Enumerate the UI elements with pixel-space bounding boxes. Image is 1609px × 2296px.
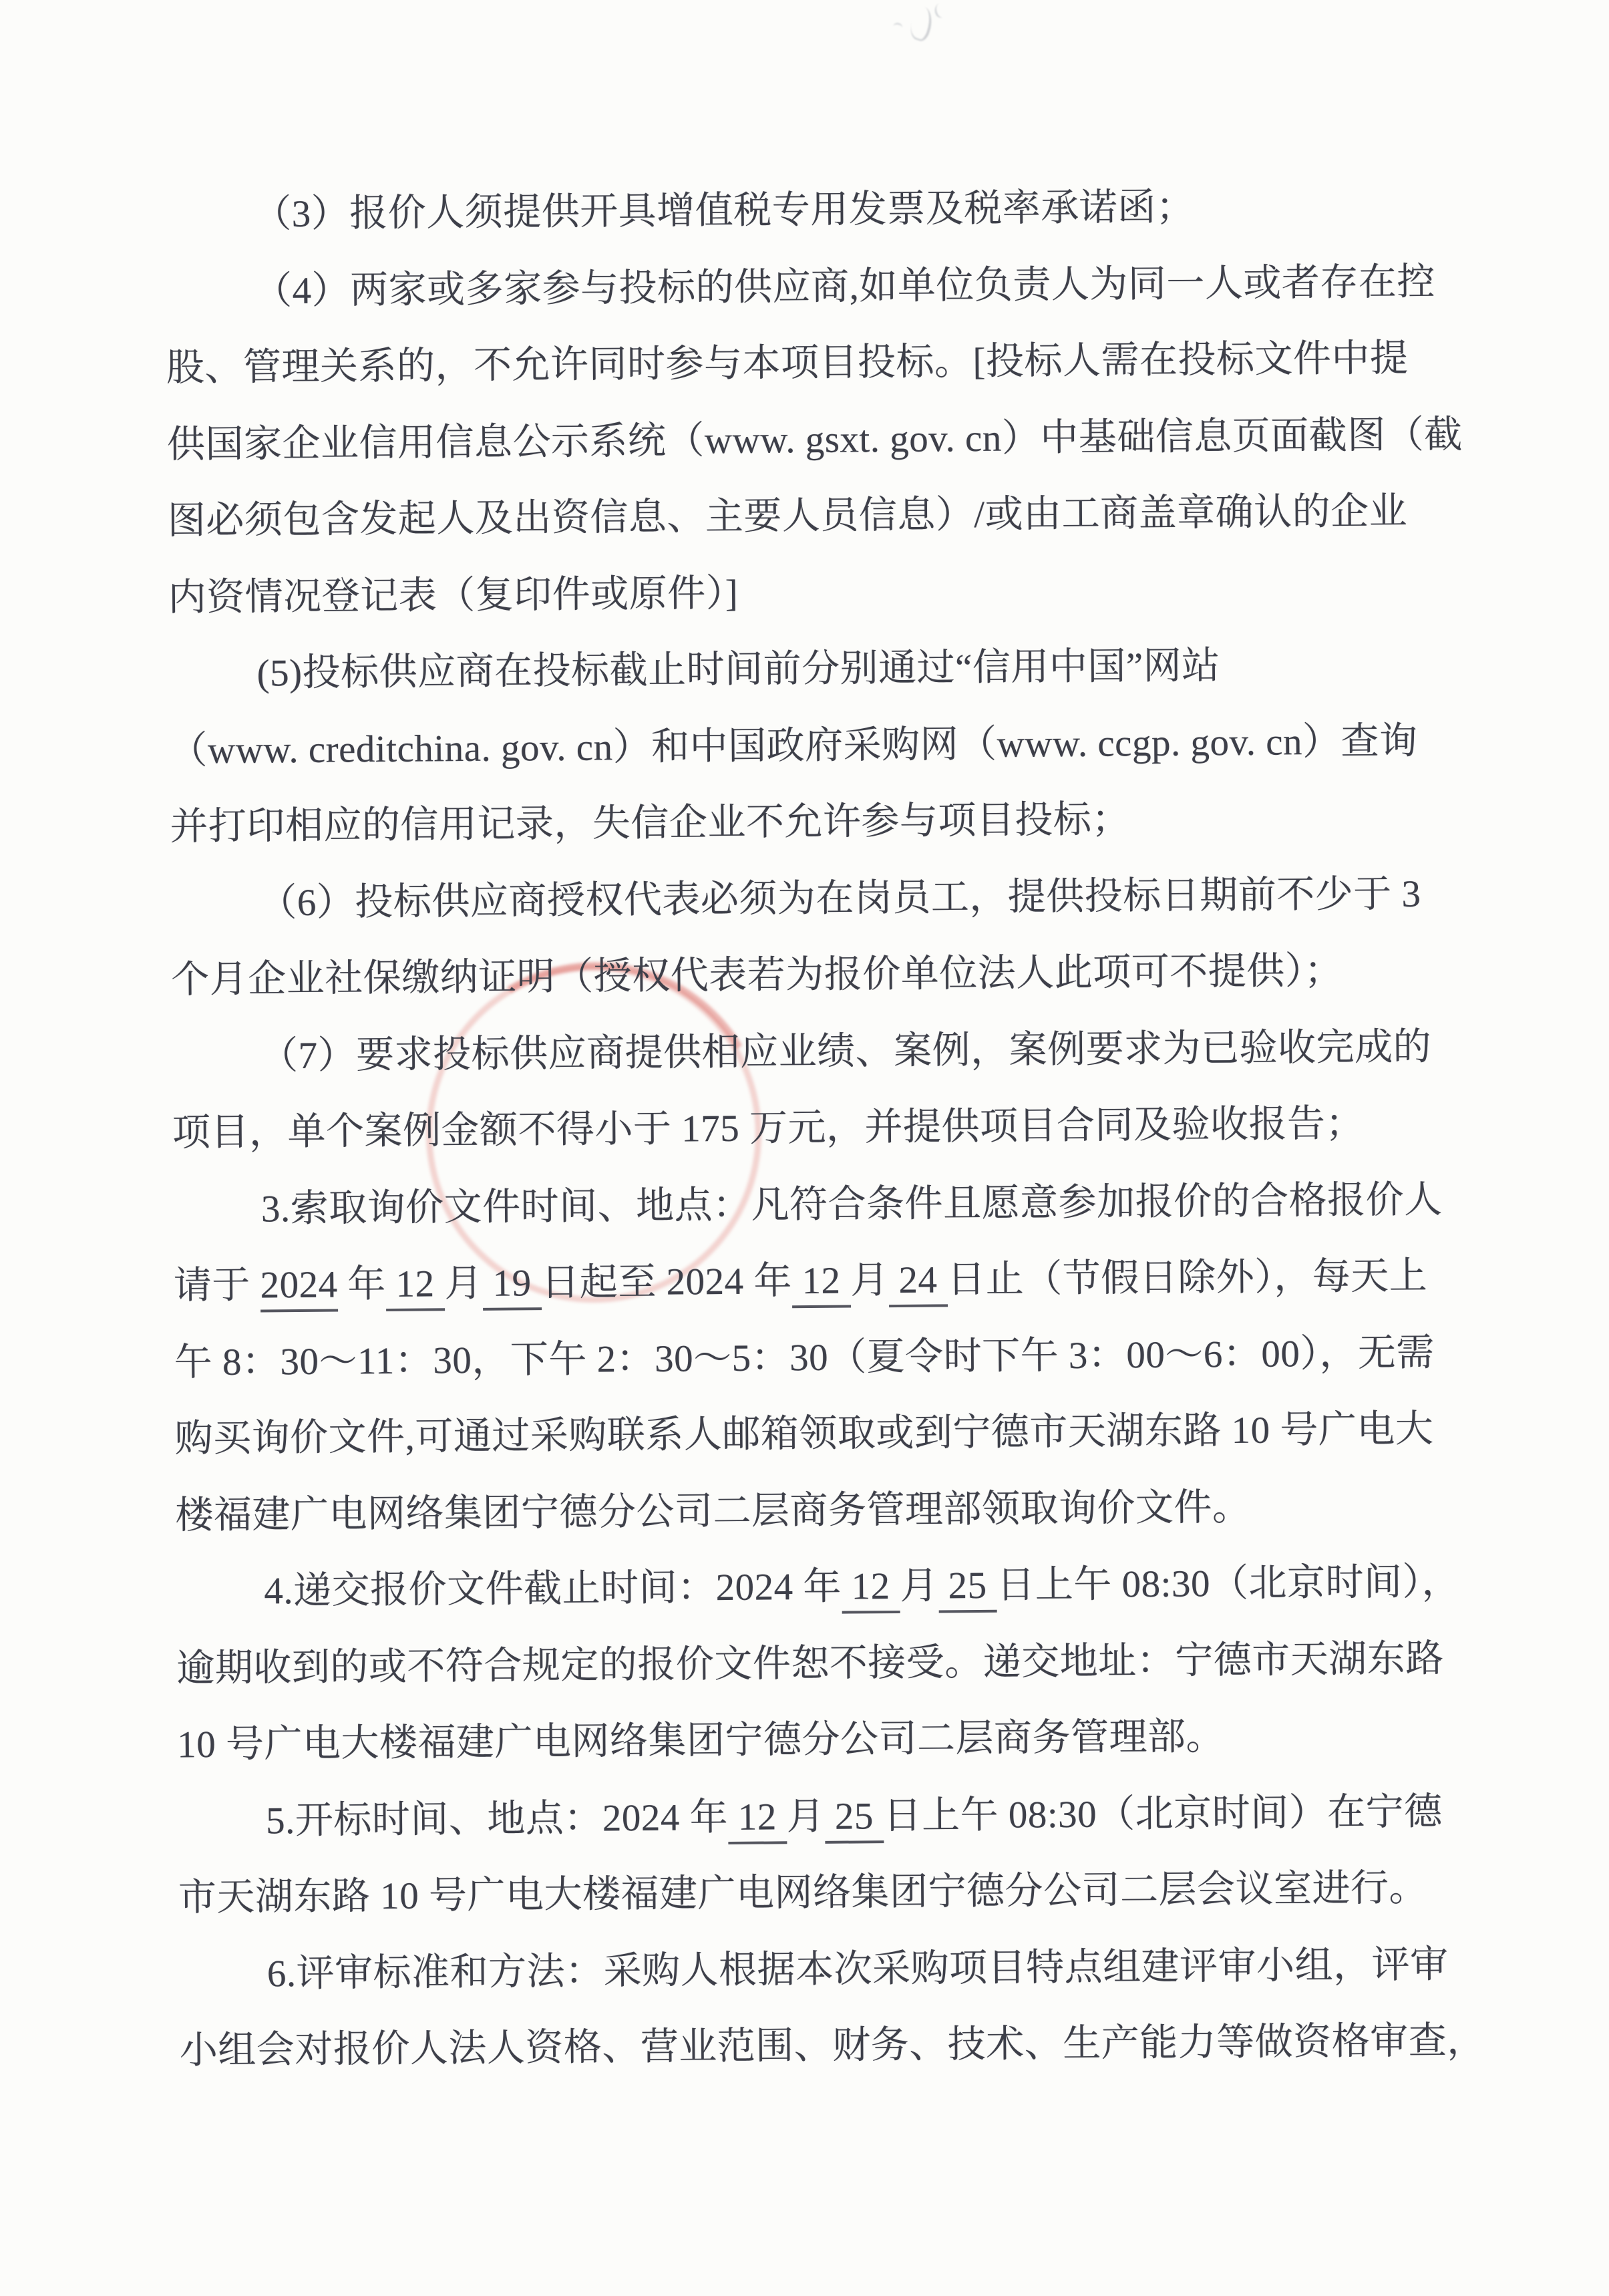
doc-line-10: （6）投标供应商授权代表必须为在岗员工，提供投标日期前不少于 3 (170, 856, 1444, 942)
doc-line-8: （www. creditchina. gov. cn）和中国政府采购网（www.… (169, 703, 1443, 789)
scan-smudge (885, 3, 965, 49)
doc-line-23: 市天湖东路 10 号广电大楼福建广电网络集团宁德分公司二层会议室进行。 (178, 1850, 1452, 1936)
doc-line-7: (5)投标供应商在投标截止时间前分别通过“信用中国”网站 (168, 627, 1442, 713)
doc-line-24: 6.评审标准和方法：采购人根据本次采购项目特点组建评审小组，评审 (178, 1927, 1452, 2013)
doc-line-3: 股、管理关系的，不允许同时参与本项目投标。[投标人需在投标文件中提 (166, 321, 1440, 407)
document-text: （3）报价人须提供开具增值税专用发票及税率承诺函； （4）两家或多家参与投标的供… (165, 168, 1453, 2090)
doc-line-15: 请于 2024 年 12 月 19 日起至 2024 年 12 月 24 日止（… (173, 1239, 1447, 1325)
doc-line-19: 4.递交报价文件截止时间：2024 年 12 月 25 日上午 08:30（北京… (176, 1544, 1449, 1630)
doc-line-25: 小组会对报价人法人资格、营业范围、财务、技术、生产能力等做资格审查， (179, 2003, 1453, 2089)
doc-line-21: 10 号广电大楼福建广电网络集团宁德分公司二层商务管理部。 (177, 1697, 1451, 1783)
doc-line-5: 图必须包含发起人及出资信息、主要人员信息）/或由工商盖章确认的企业 (167, 474, 1441, 560)
doc-line-4: 供国家企业信用信息公示系统（www. gsxt. gov. cn）中基础信息页面… (166, 397, 1440, 483)
doc-line-14: 3.索取询价文件时间、地点：凡符合条件且愿意参加报价的合格报价人 (172, 1162, 1446, 1248)
doc-line-11: 个月企业社保缴纳证明（授权代表若为报价单位法人此项可不提供）； (171, 933, 1445, 1019)
scanned-page: （3）报价人须提供开具增值税专用发票及税率承诺函； （4）两家或多家参与投标的供… (0, 0, 1609, 2296)
doc-line-1: （3）报价人须提供开具增值税专用发票及税率承诺函； (165, 168, 1439, 254)
doc-line-9: 并打印相应的信用记录，失信企业不允许参与项目投标； (170, 780, 1443, 866)
doc-line-6: 内资情况登记表（复印件或原件）] (168, 550, 1441, 636)
doc-line-18: 楼福建广电网络集团宁德分公司二层商务管理部领取询价文件。 (175, 1468, 1449, 1554)
doc-line-22: 5.开标时间、地点：2024 年 12 月 25 日上午 08:30（北京时间）… (178, 1774, 1451, 1860)
doc-line-17: 购买询价文件,可通过采购联系人邮箱领取或到宁德市天湖东路 10 号广电大 (174, 1391, 1448, 1478)
doc-line-20: 逾期收到的或不符合规定的报价文件恕不接受。递交地址：宁德市天湖东路 (176, 1621, 1450, 1707)
doc-line-2: （4）两家或多家参与投标的供应商,如单位负责人为同一人或者存在控 (166, 244, 1439, 330)
doc-line-13: 项目，单个案例金额不得小于 175 万元，并提供项目合同及验收报告； (172, 1086, 1446, 1172)
doc-line-12: （7）要求投标供应商提供相应业绩、案例，案例要求为已验收完成的 (172, 1009, 1445, 1095)
doc-line-16: 午 8：30～11：30，下午 2：30～5：30（夏令时下午 3：00～6：0… (174, 1315, 1447, 1401)
